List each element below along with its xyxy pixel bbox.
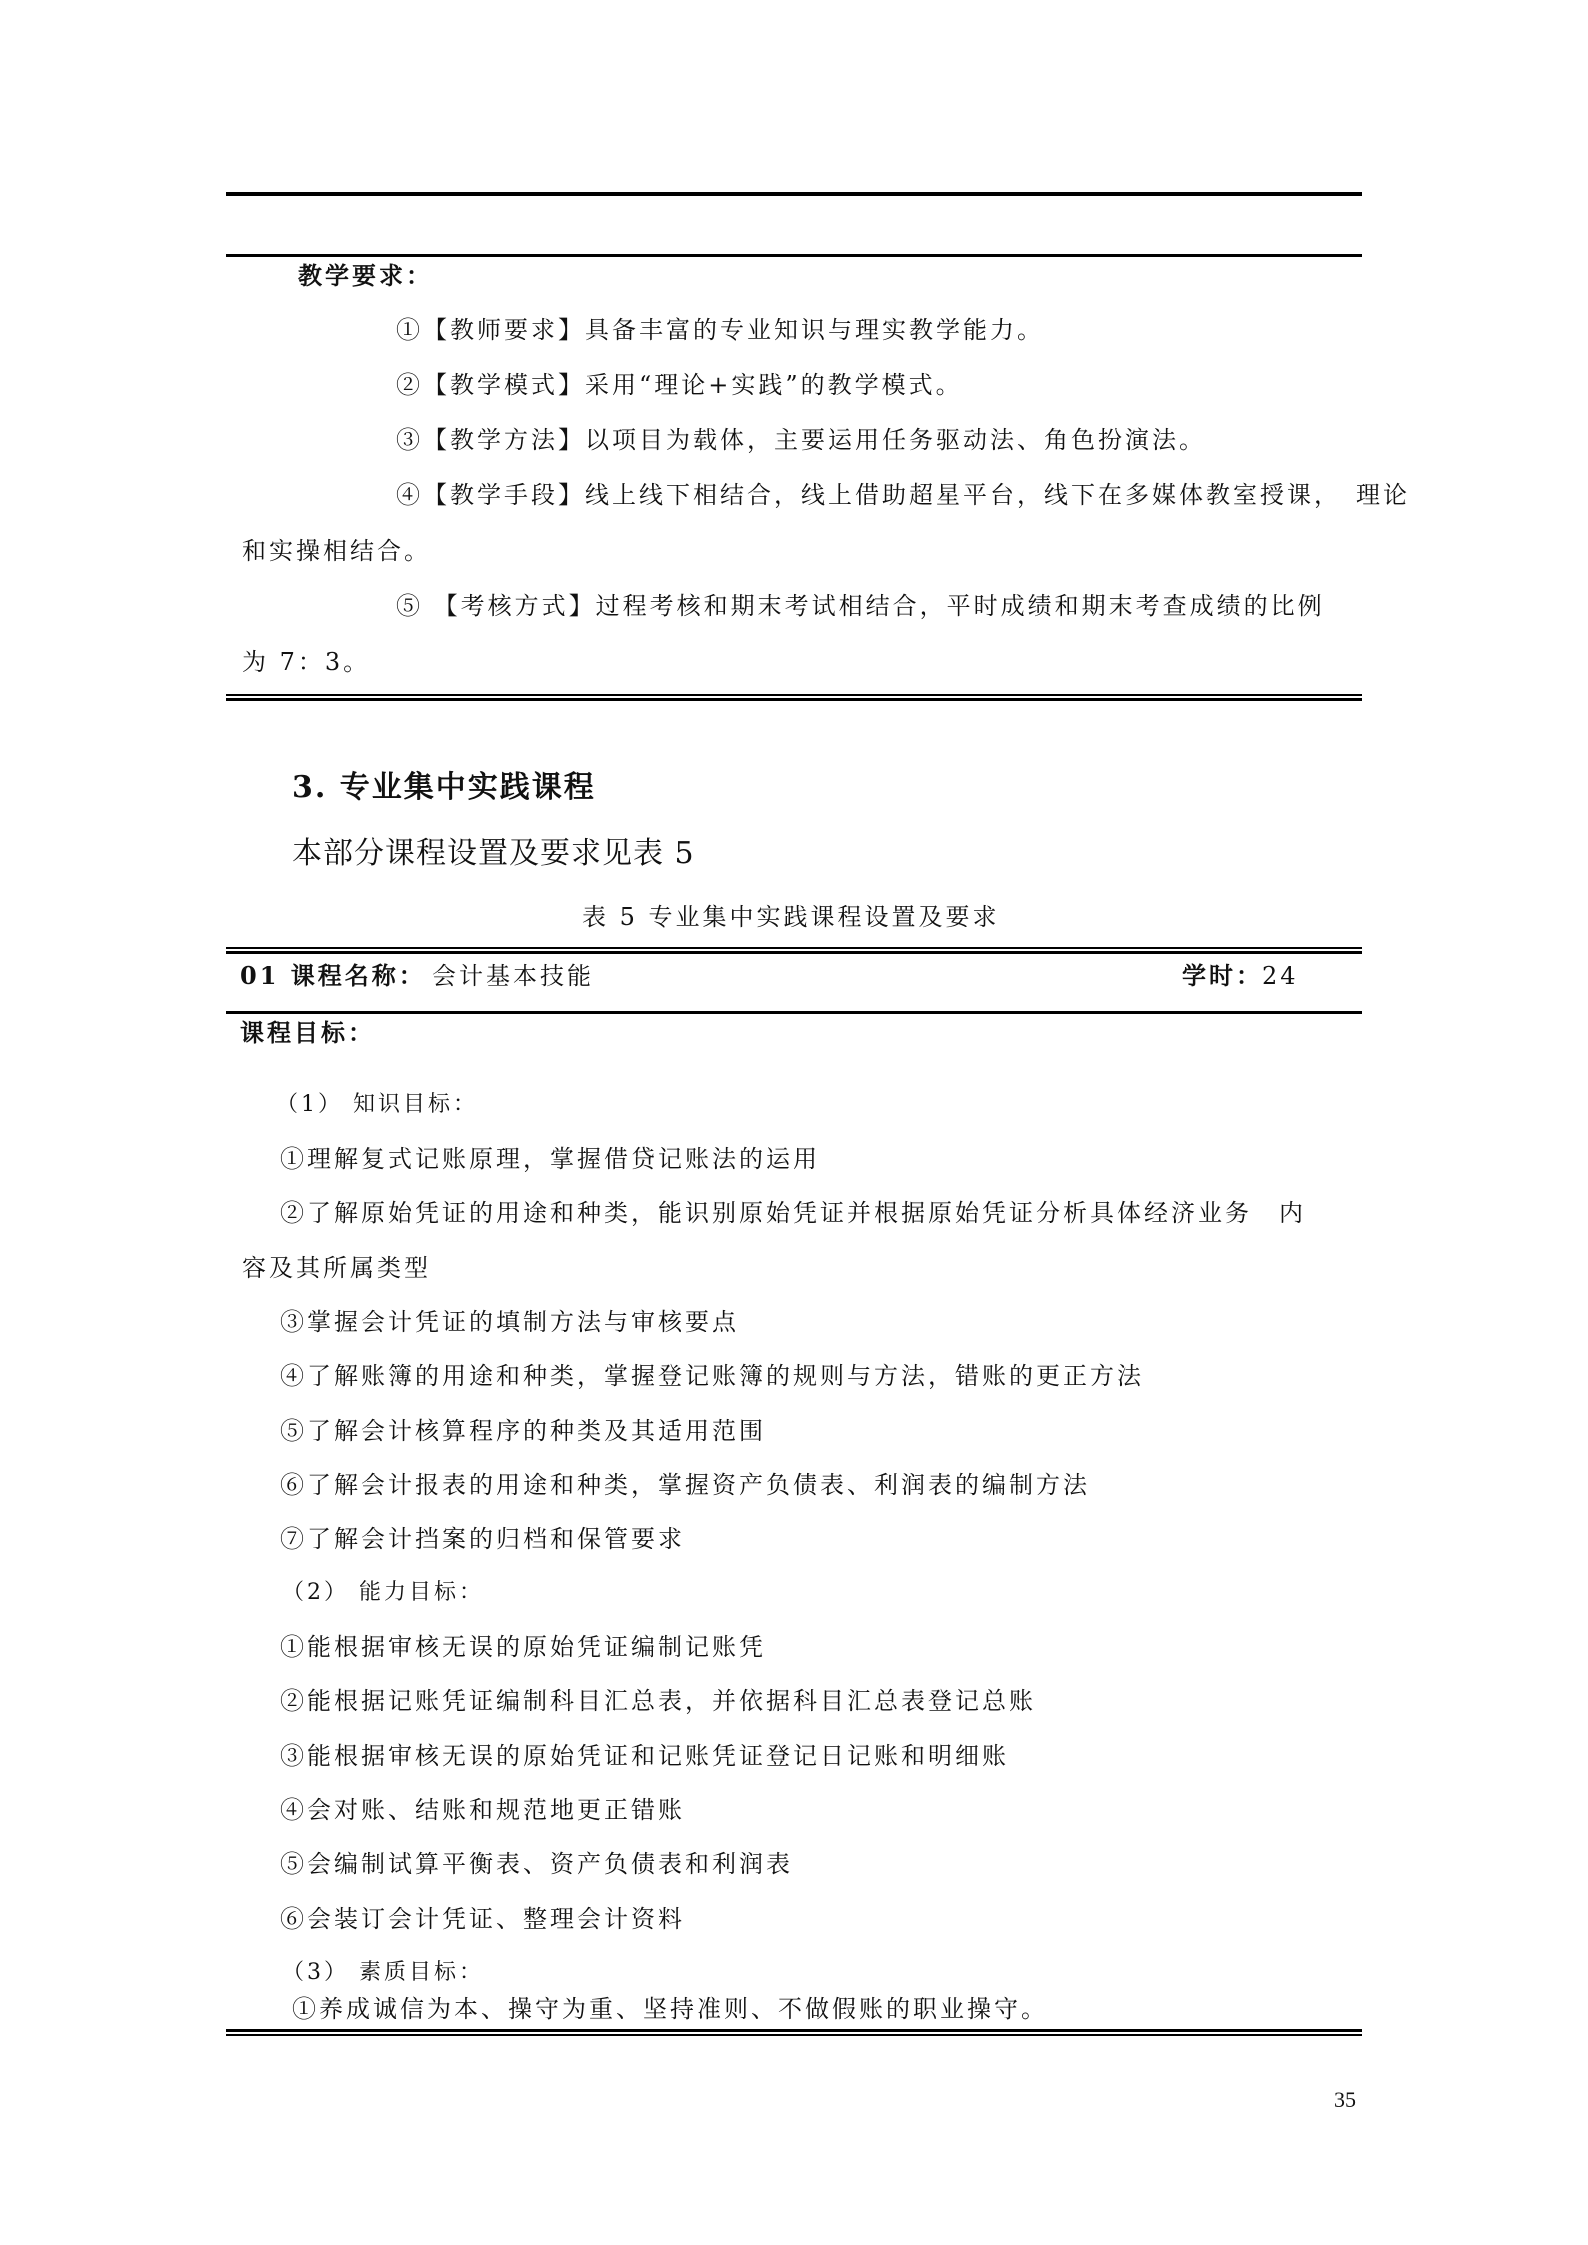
table-bottom-border: [226, 694, 1362, 696]
requirement-item: ③【教学方法】以项目为载体，主要运用任务驱动法、角色扮演法。: [396, 425, 1206, 455]
ability-item: ⑥会装订会计凭证、整理会计资料: [280, 1904, 685, 1934]
table-top-border: [226, 192, 1362, 196]
knowledge-item: ⑤了解会计核算程序的种类及其适用范围: [280, 1416, 766, 1446]
ability-item: ②能根据记账凭证编制科目汇总表，并依据科目汇总表登记总账: [280, 1686, 1036, 1716]
section-intro: 本部分课程设置及要求见表 5: [292, 839, 695, 869]
teaching-requirements-heading: 教学要求：: [298, 261, 433, 291]
table-bottom-border: [226, 2034, 1362, 2036]
knowledge-item: ②了解原始凭证的用途和种类，能识别原始凭证并根据原始凭证分析具体经济业务 内: [280, 1198, 1306, 1228]
objectives-heading: 课程目标：: [240, 1018, 375, 1048]
requirement-item: ①【教师要求】具备丰富的专业知识与理实教学能力。: [396, 315, 1044, 345]
requirement-item: ⑤ 【考核方式】过程考核和期末考试相结合，平时成绩和期末考查成绩的比例: [396, 591, 1325, 621]
knowledge-item: ⑦了解会计挡案的归档和保管要求: [280, 1524, 685, 1554]
section-title: 3. 专业集中实践课程: [292, 773, 596, 803]
knowledge-item: ④了解账簿的用途和种类，掌握登记账簿的规则与方法，错账的更正方法: [280, 1361, 1144, 1391]
table-row-divider: [226, 1011, 1362, 1014]
requirement-item-continued: 和实操相结合。: [242, 536, 431, 566]
requirement-item: ④【教学手段】线上线下相结合，线上借助超星平台，线下在多媒体教室授课， 理论: [396, 480, 1410, 510]
ability-item: ⑤会编制试算平衡表、资产负债表和利润表: [280, 1849, 793, 1879]
ability-item: ③能根据审核无误的原始凭证和记账凭证登记日记账和明细账: [280, 1741, 1009, 1771]
table-row-divider: [226, 254, 1362, 257]
knowledge-item-continued: 容及其所属类型: [242, 1253, 431, 1283]
course-name-label: 01 课程名称：: [240, 961, 426, 991]
table-top-border: [226, 947, 1362, 949]
requirement-item-continued: 为 7：3。: [242, 647, 370, 677]
course-hours-label: 学时：: [1182, 961, 1263, 991]
ability-heading: （2） 能力目标：: [282, 1578, 484, 1608]
quality-item: ①养成诚信为本、操守为重、坚持准则、不做假账的职业操守。: [292, 1994, 1048, 2024]
ability-item: ④会对账、结账和规范地更正错账: [280, 1795, 685, 1825]
table-top-border: [226, 951, 1362, 954]
knowledge-item: ①理解复式记账原理，掌握借贷记账法的运用: [280, 1144, 820, 1174]
course-name-value: 会计基本技能: [432, 961, 594, 991]
quality-heading: （3） 素质目标：: [282, 1958, 484, 1988]
ability-item: ①能根据审核无误的原始凭证编制记账凭: [280, 1632, 766, 1662]
requirement-item: ②【教学模式】采用“理论+实践”的教学模式。: [396, 370, 963, 400]
table-bottom-border: [226, 698, 1362, 701]
table-caption: 表 5 专业集中实践课程设置及要求: [582, 902, 1000, 932]
page-number: 35: [1334, 2085, 1356, 2115]
knowledge-heading: （1） 知识目标：: [276, 1090, 478, 1120]
table-bottom-border: [226, 2029, 1362, 2032]
course-hours-value: 24: [1262, 961, 1299, 991]
knowledge-item: ⑥了解会计报表的用途和种类，掌握资产负债表、利润表的编制方法: [280, 1470, 1090, 1500]
knowledge-item: ③掌握会计凭证的填制方法与审核要点: [280, 1307, 739, 1337]
